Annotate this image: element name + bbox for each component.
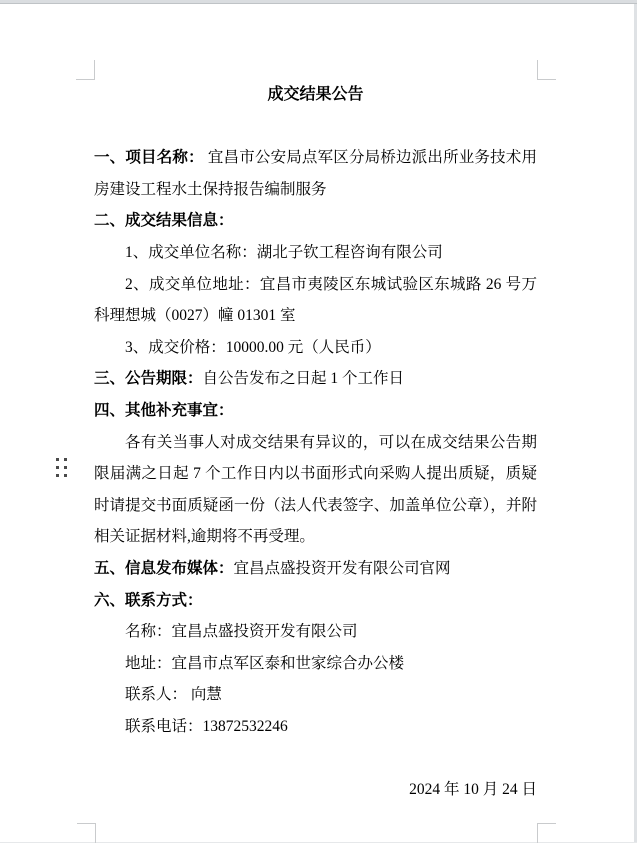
paragraph-text: 联系电话：13872532246 — [125, 718, 288, 735]
handle-dot — [64, 466, 67, 469]
paragraph: 五、信息发布媒体：宜昌点盛投资开发有限公司官网 — [94, 553, 537, 585]
paragraph-text: 3、成交价格：10000.00 元（人民币） — [125, 339, 381, 356]
paragraph-text: 名称：宜昌点盛投资开发有限公司 — [125, 623, 358, 640]
paragraph: 联系电话：13872532246 — [94, 711, 537, 743]
handle-dot — [64, 474, 67, 477]
handle-dot — [64, 458, 67, 461]
paragraph-text: 宜昌点盛投资开发有限公司官网 — [234, 560, 451, 577]
paragraph: 四、其他补充事宜： — [94, 395, 537, 427]
handle-dot — [56, 458, 59, 461]
document-body: 一、项目名称： 宜昌市公安局点军区分局桥边派出所业务技术用房建设工程水土保持报告… — [94, 142, 537, 742]
paragraph-text: 自公告发布之日起 1 个工作日 — [203, 370, 405, 387]
paragraph-text: 1、成交单位名称：湖北子钦工程咨询有限公司 — [125, 244, 443, 261]
paragraph: 2、成交单位地址：宜昌市夷陵区东城试验区东城路 26 号万科理想城（0027）幢… — [94, 269, 537, 332]
paragraph-lead: 六、联系方式： — [94, 592, 203, 609]
paragraph-lead: 三、公告期限： — [94, 370, 203, 387]
document-viewport: { "chrome": { "top_bar_color": "#dadde0"… — [0, 0, 637, 843]
paragraph-text: 2、成交单位地址：宜昌市夷陵区东城试验区东城路 26 号万科理想城（0027）幢… — [94, 276, 537, 325]
crop-mark-top-right — [537, 60, 556, 80]
handle-dot — [56, 466, 59, 469]
crop-mark-top-left — [76, 60, 95, 80]
document-date: 2024 年 10 月 24 日 — [94, 774, 537, 806]
paragraph: 各有关当事人对成交结果有异议的，可以在成交结果公告期限届满之日起 7 个工作日内… — [94, 427, 537, 553]
paragraph: 1、成交单位名称：湖北子钦工程咨询有限公司 — [94, 237, 537, 269]
crop-mark-bottom-left — [77, 823, 96, 843]
paragraph-lead: 二、成交结果信息： — [94, 212, 234, 229]
paragraph-lead: 一、项目名称： — [94, 149, 204, 166]
paragraph: 地址：宜昌市点军区泰和世家综合办公楼 — [94, 648, 537, 680]
paragraph-text: 各有关当事人对成交结果有异议的，可以在成交结果公告期限届满之日起 7 个工作日内… — [94, 434, 537, 546]
paragraph-lead: 四、其他补充事宜： — [94, 402, 234, 419]
top-bar — [0, 0, 637, 4]
crop-mark-bottom-right — [537, 823, 556, 843]
document-page: 成交结果公告 一、项目名称： 宜昌市公安局点军区分局桥边派出所业务技术用房建设工… — [94, 79, 537, 806]
paragraph: 名称：宜昌点盛投资开发有限公司 — [94, 616, 537, 648]
paragraph: 联系人： 向慧 — [94, 679, 537, 711]
paragraph: 一、项目名称： 宜昌市公安局点军区分局桥边派出所业务技术用房建设工程水土保持报告… — [94, 142, 537, 205]
paragraph-text: 地址：宜昌市点军区泰和世家综合办公楼 — [125, 655, 404, 672]
paragraph: 3、成交价格：10000.00 元（人民币） — [94, 332, 537, 364]
drag-handle-icon[interactable] — [56, 458, 67, 477]
paragraph: 六、联系方式： — [94, 585, 537, 617]
paragraph-text: 联系人： 向慧 — [125, 686, 222, 703]
paragraph-lead: 五、信息发布媒体： — [94, 560, 234, 577]
paragraph: 三、公告期限：自公告发布之日起 1 个工作日 — [94, 363, 537, 395]
document-title: 成交结果公告 — [94, 79, 537, 111]
handle-dot — [56, 474, 59, 477]
paragraph: 二、成交结果信息： — [94, 205, 537, 237]
